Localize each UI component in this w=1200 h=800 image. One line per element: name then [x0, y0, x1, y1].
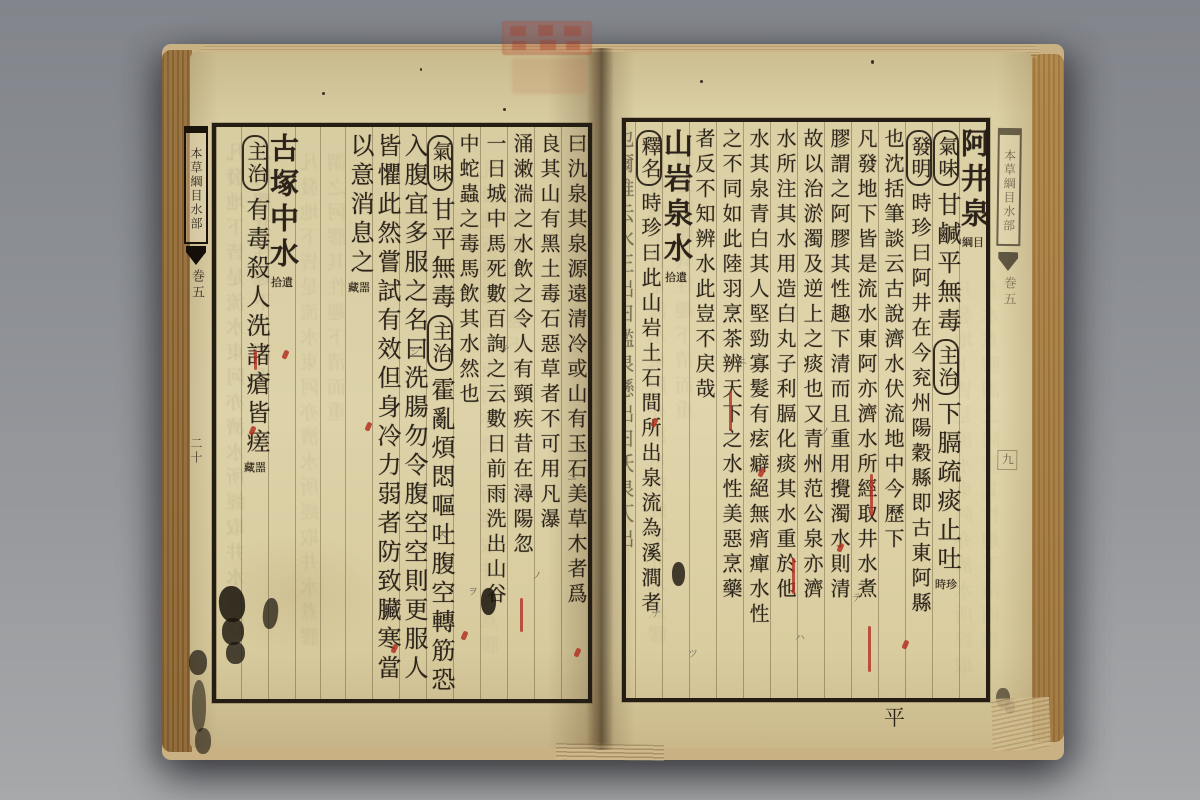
ink-smudge: [195, 728, 211, 754]
text-column: 發明時珍曰阿井在今兖州陽穀縣即古東阿縣: [905, 122, 932, 698]
red-emphasis-line: [520, 598, 523, 632]
kana-reading-mark: ツ: [688, 650, 698, 660]
text-column: 故以治淤濁及逆上之痰也又青州范公泉亦濟: [797, 122, 824, 698]
text-column: 曰氿泉其泉源遠清冷或山有玉石美草木者爲: [561, 127, 588, 699]
text-column: 氣味甘平無毒主治霍亂煩悶嘔吐腹空轉筋恐: [426, 127, 453, 699]
blank-column: [320, 127, 345, 699]
text-column: 也爾雅云水正出曰濫泉懸出曰沃泉仄出: [622, 122, 635, 698]
seal-glyph: [564, 26, 581, 36]
paper-speck: [700, 80, 703, 83]
main-text: 有毒殺人洗諸瘡皆瘥: [242, 197, 268, 458]
blank-column: [295, 127, 320, 699]
text-column: 入腹宜多服之名曰洗腸勿令腹空空則更服人: [399, 127, 426, 699]
commentary-text: 水所注其水用造白丸子利膈化痰其水重於他: [773, 128, 795, 603]
main-text: 甘鹹平無毒: [933, 192, 959, 337]
main-text: 以意消息之: [346, 133, 372, 278]
fishtail-mark-icon: [186, 246, 206, 265]
section-header: 主治: [427, 315, 453, 371]
text-column: 膠謂之阿膠其性趣下清而且重用攪濁水則清: [824, 122, 851, 698]
commentary-text: 中蛇蟲之毒馬飲其水然也: [456, 133, 478, 408]
red-seal-ghost: [512, 58, 586, 94]
text-column: 氣味甘鹹平無毒主治下膈疏痰止吐時珍: [932, 122, 959, 698]
text-column: 以意消息之藏噐: [345, 127, 372, 699]
text-column: 凡發地下皆是流水東阿亦濟水所經取井水煮: [851, 122, 878, 698]
source-tag: 綱目: [961, 237, 985, 249]
kana-reading-mark: ノ: [820, 428, 830, 438]
paper-speck: [420, 68, 422, 71]
kana-reading-mark: ニ: [737, 358, 747, 368]
seal-glyph: [512, 41, 526, 50]
page-corner-stack: [991, 697, 1051, 751]
ink-smudge: [192, 680, 206, 732]
margin-collation-mark: 平: [884, 702, 905, 732]
page-stack-bottom-edge: [556, 743, 664, 761]
commentary-text: 涌潄湍之水飲之令人有頸疾昔在潯陽忽: [510, 133, 532, 558]
text-frame-right: 阿井泉綱目氣味甘鹹平無毒主治下膈疏痰止吐時珍發明時珍曰阿井在今兖州陽穀縣即古東阿…: [622, 118, 990, 702]
entry-title-column: 阿井泉綱目: [959, 122, 986, 698]
kana-reading-mark: ノ: [532, 572, 542, 582]
commentary-text: 者反不知辨水此豈不戻哉: [692, 128, 714, 403]
title-cartouche: 本草綱目水部: [996, 128, 1022, 246]
red-seal-stamp: [502, 21, 592, 55]
kana-reading-mark: リ: [757, 513, 767, 523]
book-fore-edge-right: [1028, 54, 1064, 742]
commentary-text: 水其泉青白其人堅勁寡髮有痃癖絕無痟癉水性: [746, 128, 768, 628]
text-column: 皆懼此然嘗試有效但身冷力弱者防致臟寒當: [372, 127, 399, 699]
main-text: 皆懼此然嘗試有效但身冷力弱者防致臟寒當: [373, 133, 399, 684]
text-column: 也沈括筆談云古說濟水伏流地中今歷下: [878, 122, 905, 698]
source-tag: 藏噐: [347, 282, 371, 294]
kana-reading-mark: ヲ: [916, 470, 926, 480]
source-tag: 藏噐: [243, 462, 267, 474]
ink-smudge: [481, 588, 496, 615]
commentary-text: 良其山有黑土毒石惡草者不可用凡瀑: [537, 133, 559, 533]
commentary-text: 膠謂之阿膠其性趣下清而且重用攪濁水則清: [827, 128, 849, 603]
paper-speck: [322, 92, 325, 95]
main-text: 入腹宜多服之名曰洗腸勿令腹空空則更服人: [400, 133, 426, 684]
section-header: 氣味: [427, 135, 453, 191]
commentary-text: 曰氿泉其泉源遠清冷或山有玉石美草木者爲: [564, 133, 586, 608]
seal-glyph: [540, 40, 556, 50]
text-column: 水所注其水用造白丸子利膈化痰其水重於他: [770, 122, 797, 698]
seal-glyph: [510, 26, 526, 36]
commentary-text: 時珍曰此山岩土石間所出泉流為溪澗者: [638, 192, 660, 617]
red-emphasis-line: [729, 391, 732, 431]
section-header: 氣味: [933, 130, 959, 186]
red-emphasis-line: [792, 558, 795, 594]
volume-label: 巻五: [998, 276, 1018, 308]
text-column: 中蛇蟲之毒馬飲其水然也: [453, 127, 480, 699]
banxin-left: 本草綱目水部 巻五 二十: [183, 125, 210, 705]
main-text: 甘平無毒: [427, 197, 453, 313]
commentary-text: 故以治淤濁及逆上之痰也又青州范公泉亦濟: [800, 128, 822, 603]
text-column: 水其泉青白其人堅勁寡髮有痃癖絕無痟癉水性: [743, 122, 770, 698]
commentary-text: 也爾雅云水正出曰濫泉懸出曰沃泉仄出: [622, 128, 633, 553]
volume-label: 巻五: [187, 269, 207, 301]
ink-smudge: [189, 650, 207, 675]
paper-speck: [503, 108, 506, 111]
source-tag: 拾遺: [270, 277, 294, 289]
red-emphasis-line: [254, 350, 257, 370]
leaf-number: 二十: [188, 437, 204, 465]
seal-glyph: [538, 25, 553, 36]
kana-reading-mark: ニ: [567, 474, 577, 484]
commentary-text: 凡發地下皆是流水東阿亦濟水所經取井水煮: [854, 128, 876, 603]
ink-smudge: [222, 618, 244, 645]
entry-title: 阿井泉: [957, 128, 989, 233]
kana-reading-mark: ヲ: [468, 588, 478, 598]
section-header: 主治: [933, 339, 959, 395]
source-tag: 時珍: [934, 579, 958, 591]
section-header: 釋名: [636, 130, 662, 186]
entry-title: 山岩泉水: [660, 128, 692, 268]
kana-reading-mark: テ: [500, 346, 510, 356]
paper-speck: [871, 60, 874, 64]
ink-smudge: [226, 642, 245, 664]
text-column: 良其山有黑土毒石惡草者不可用凡瀑: [534, 127, 561, 699]
title-cartouche: 本草綱目水部: [184, 126, 208, 244]
section-header: 主治: [242, 135, 268, 191]
kana-reading-mark: ナ: [651, 610, 661, 620]
source-tag: 拾遺: [664, 272, 688, 284]
red-emphasis-line: [870, 474, 873, 516]
red-emphasis-line: [868, 626, 871, 672]
seal-glyph: [566, 41, 580, 50]
kana-reading-mark: ニ: [884, 333, 894, 343]
commentary-text: 一日城中馬死數百詢之云數日前雨洗出山谷: [483, 133, 505, 608]
entry-title-column: 山岩泉水拾遺: [662, 122, 689, 698]
kana-reading-mark: テ: [852, 594, 862, 604]
text-column: 者反不知辨水此豈不戻哉: [689, 122, 716, 698]
section-header: 發明: [906, 130, 932, 186]
main-text: 下膈疏痰止吐: [933, 401, 959, 575]
ink-smudge: [672, 562, 685, 586]
kana-reading-mark: シ: [410, 348, 420, 358]
entry-title: 古塚中水: [266, 133, 298, 273]
leaf-number: 九: [997, 450, 1017, 470]
kana-reading-mark: ス: [437, 531, 447, 541]
fishtail-mark-icon: [998, 252, 1018, 271]
commentary-text: 時珍曰阿井在今兖州陽穀縣即古東阿縣: [908, 192, 930, 617]
kana-reading-mark: ハ: [795, 634, 805, 644]
